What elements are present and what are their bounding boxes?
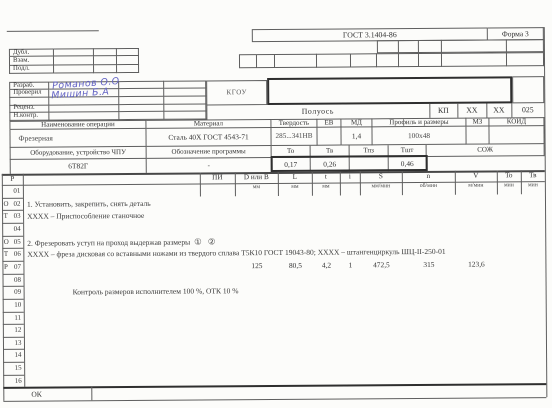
code-number: 025 <box>511 103 544 117</box>
op-col-header-s: S <box>360 171 402 182</box>
sign-cell: Н.контр. <box>9 113 49 121</box>
op-col-header-to: То <box>497 170 521 181</box>
row-number-tick <box>3 311 24 312</box>
op-col-line <box>455 171 456 195</box>
op-row-prefix: О <box>4 238 9 245</box>
op-row-text: 1. Установить, закрепить, снять деталь <box>27 200 151 208</box>
op-row-text: Контроль размеров исполнителем 100 %, ОТ… <box>73 287 239 296</box>
organization-cell: КГОУ <box>206 80 267 105</box>
grid-cell <box>442 39 507 52</box>
row-number-tick <box>2 235 23 236</box>
cutting-value-d: 125 <box>235 262 278 270</box>
cutting-value-i: 1 <box>340 261 360 269</box>
equipment-header: Оборудование, устройство ЧПУ <box>10 147 147 160</box>
row-number-tick <box>2 197 23 198</box>
stamp-cell <box>117 56 139 64</box>
unit-label-v: м/мин <box>455 183 497 189</box>
grid-cell <box>257 54 275 68</box>
part-name: Полуось <box>206 104 429 120</box>
grid-cell <box>507 39 544 52</box>
sign-cell <box>49 112 119 120</box>
row-number-tick <box>2 273 23 274</box>
grid-cell <box>275 54 317 68</box>
norm-times-frame <box>271 155 428 172</box>
op-row-number: 07 <box>11 264 23 271</box>
op-row-number: 03 <box>11 213 23 220</box>
md-value: 1,4 <box>341 127 372 145</box>
stamp-cell: Подл. <box>9 65 54 74</box>
grid-cell <box>399 40 419 53</box>
op-row-prefix: Т <box>4 251 8 258</box>
op-row-number: 06 <box>11 251 23 258</box>
profile-value: 100х48 <box>372 127 466 146</box>
unit-label-t: мм <box>312 185 340 191</box>
row-number-tick <box>2 248 23 249</box>
row-number-tick <box>3 324 24 325</box>
grid-cell <box>351 53 377 67</box>
form-number-label: Форма 3 <box>502 30 529 38</box>
op-row-text: ХХХХ – Приспособление станочное <box>27 212 144 220</box>
operation-name-value: Фрезерная <box>9 129 146 148</box>
op-table-left-border <box>2 174 5 401</box>
op-row-text: ХХХХ – фреза дисковая со вставными ножам… <box>27 248 445 258</box>
grid-cell <box>239 54 257 68</box>
op-col-header-l: L <box>278 172 312 183</box>
grid-cell <box>317 53 351 67</box>
row-number-tick <box>3 375 24 376</box>
document-designation-box <box>267 76 512 105</box>
sign-cell: Проверил <box>9 90 49 98</box>
stamp-cell <box>94 65 117 73</box>
row-number-tick <box>3 349 24 350</box>
cutting-value-n: 315 <box>402 261 455 269</box>
op-row-number: 13 <box>12 340 24 347</box>
footer-bottom-line <box>3 397 546 402</box>
grid-cell <box>442 52 507 66</box>
sign-cell <box>119 112 164 120</box>
unit-label-d: мм <box>235 185 278 191</box>
op-col-header-d: D или B <box>235 172 278 183</box>
sozh-value <box>427 156 545 171</box>
op-row-number: 02 <box>11 200 23 207</box>
grid-cell <box>377 40 399 53</box>
op-col-header-v: V <box>455 170 497 181</box>
op-row-number: 04 <box>11 226 23 233</box>
stamp-cell <box>54 48 94 57</box>
gost-standard-label: ГОСТ 3.1404-86 <box>343 31 397 39</box>
op-row-number: 01 <box>11 188 23 195</box>
unit-label-to: мин <box>497 183 521 189</box>
page-right-border <box>544 27 548 397</box>
sozh-header: СОЖ <box>427 144 545 157</box>
program-value: - <box>147 158 272 173</box>
generated-layer: Дубл.Взам.Подл.Разраб.ПроверилРеценз.Н.к… <box>0 0 551 2</box>
row-number-tick <box>2 223 23 224</box>
op-col-line <box>200 173 201 197</box>
op-row-number: 09 <box>12 289 24 296</box>
cutting-value-v: 123,6 <box>455 260 497 268</box>
unit-label-s: мм/мин <box>360 184 402 190</box>
sign-cell <box>164 112 206 120</box>
op-row-number: 16 <box>12 378 24 385</box>
op-col-header-tv: Тв <box>521 170 545 181</box>
code-x1: ХХ <box>457 104 486 118</box>
op-col-line <box>278 172 279 196</box>
op-col-line <box>312 172 313 196</box>
stamp-cell <box>117 65 139 73</box>
op-row-prefix: Р <box>4 264 8 271</box>
grid-cell <box>419 40 442 53</box>
document-designation-side-cell <box>512 76 544 103</box>
grid-cell <box>377 53 399 67</box>
grid-cell <box>507 52 544 66</box>
hardness-header: Твердость <box>271 119 317 128</box>
cutting-value-t: 4,2 <box>312 261 340 269</box>
row-number-tick <box>2 261 23 262</box>
cutting-value-s: 472,5 <box>360 261 402 269</box>
row-number-tick <box>3 337 24 338</box>
material-value: Сталь 40Х ГОСТ 4543-71 <box>146 128 271 147</box>
scanned-operation-card: ГОСТ 3.1404-86 Форма 3 КГОУ Полуось КП Х… <box>0 0 552 408</box>
op-row-number: 12 <box>12 327 24 334</box>
organization-label: КГОУ <box>226 89 247 96</box>
op-col-line <box>340 172 341 196</box>
stamp-cell <box>117 48 139 56</box>
mz-value <box>466 127 489 145</box>
row-number-tick <box>3 286 24 287</box>
cutting-value-l: 80,5 <box>278 262 312 270</box>
koid-header: КОИД <box>489 117 544 126</box>
ev-header: ЕВ <box>317 119 341 128</box>
stamp-cell <box>54 65 94 74</box>
op-col-header-t: t <box>312 172 340 183</box>
ev-value <box>317 128 341 146</box>
row-marker-header: Р <box>2 174 23 185</box>
md-header: МД <box>341 118 372 127</box>
koid-value <box>489 126 544 144</box>
op-row-text: 2. Фрезеровать уступ на проход выдержав … <box>27 237 217 247</box>
dimension-callout-marks: ① ② <box>194 236 217 246</box>
row-number-tick <box>3 299 24 300</box>
op-row-number: 05 <box>11 238 23 245</box>
op-row-prefix: О <box>3 201 8 208</box>
op-row-number: 11 <box>12 314 24 321</box>
row-number-tick <box>3 362 24 363</box>
stamp-cell <box>94 48 117 56</box>
op-row-number: 08 <box>11 276 23 283</box>
op-row-number: 15 <box>12 365 24 372</box>
unit-label-tv: мин <box>521 183 545 189</box>
footer-ok-label: ОК <box>31 391 41 399</box>
hardness-value: 285...341НВ <box>271 128 317 146</box>
op-row-number: 10 <box>12 302 24 309</box>
stamp-cell <box>54 57 94 66</box>
op-row-number: 14 <box>12 352 24 359</box>
row-number-tick <box>2 210 23 211</box>
program-header: Обозначение программы <box>147 146 272 159</box>
op-col-header-pi: ПИ <box>200 172 235 183</box>
paper: ГОСТ 3.1404-86 Форма 3 КГОУ Полуось КП Х… <box>0 0 552 408</box>
grid-cell <box>399 53 419 67</box>
grid-cell <box>419 53 442 67</box>
code-prefix: КП <box>429 104 457 118</box>
op-col-header-n: n <box>402 171 455 182</box>
equipment-value: 6Т82Г <box>10 159 147 174</box>
footer-divider <box>91 386 92 400</box>
footer-top-line <box>3 383 546 389</box>
op-col-header-i: i <box>340 171 360 182</box>
stamp-cell <box>94 56 117 64</box>
op-row-prefix: Т <box>4 213 8 220</box>
mz-header: МЗ <box>466 118 489 127</box>
page-top-line-left <box>7 30 99 32</box>
unit-label-n: об/мин <box>402 184 455 190</box>
code-x2: ХХ <box>486 103 511 117</box>
unit-label-l: мм <box>278 185 312 191</box>
